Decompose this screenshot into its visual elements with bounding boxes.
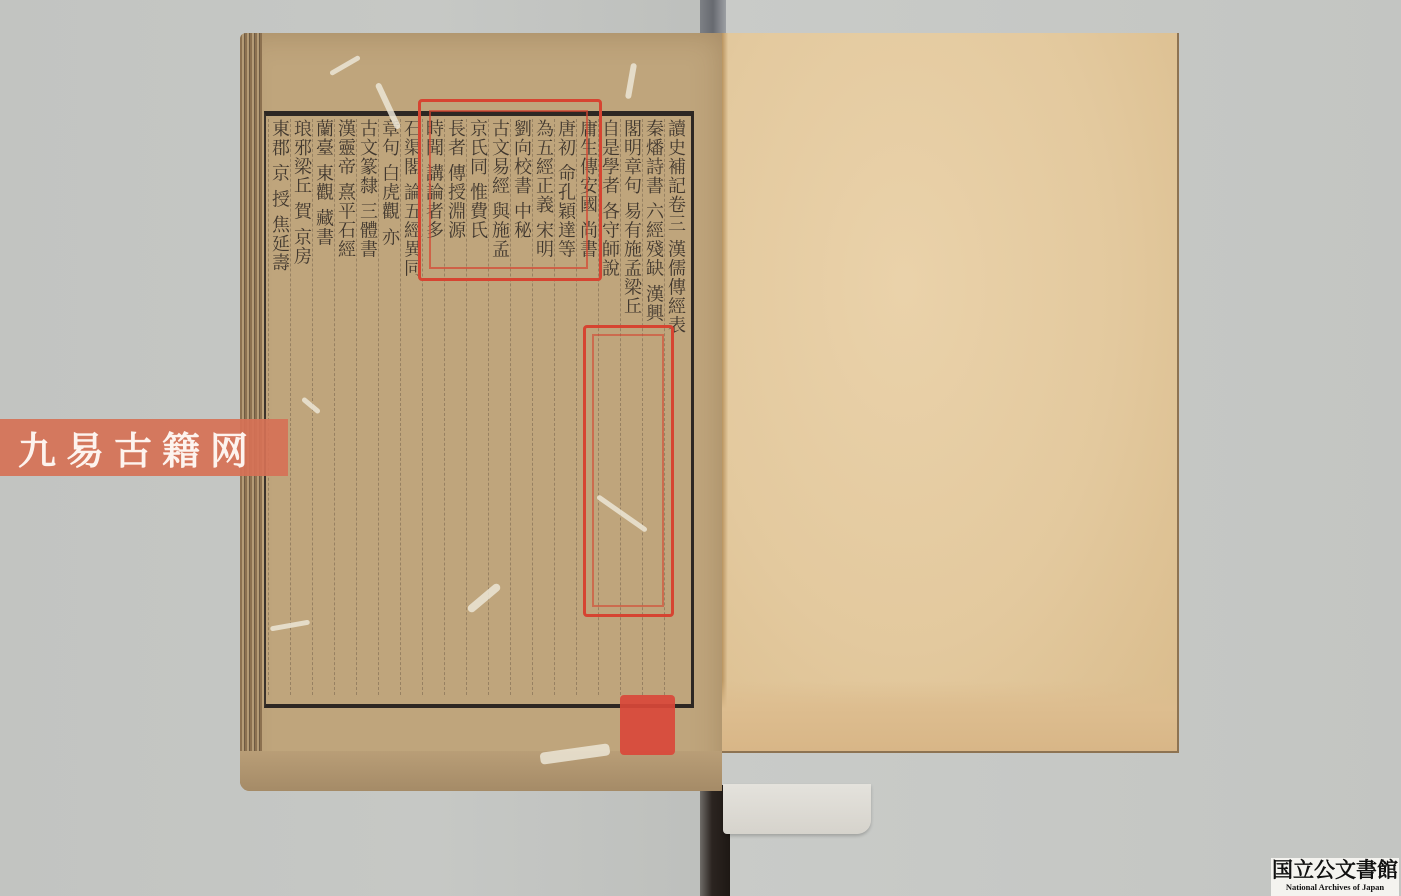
paper-damage: [625, 63, 637, 99]
red-seal-tall: [583, 325, 674, 617]
watermark-text: 九易古籍网: [18, 420, 258, 475]
text-column: 古文篆隸 三體書: [356, 119, 378, 695]
red-seal-large: [418, 99, 602, 281]
text-column: 章句 白虎觀 亦: [378, 119, 400, 695]
page-stack-edge: [240, 33, 262, 791]
text-column: 漢靈帝 熹平石經: [334, 119, 356, 695]
page-bottom-margin: [240, 751, 722, 791]
watermark-banner: 九易古籍网: [0, 419, 288, 476]
paper-damage: [329, 55, 361, 76]
left-page: 讀史補記卷三 漢儒傳經表 秦燔詩書 六經殘缺 漢興 閣明章句 易有施孟梁丘 自是…: [240, 33, 722, 791]
page-fold: [722, 33, 728, 751]
water-stain: [722, 681, 1177, 751]
paper-slip-tab: [723, 784, 871, 834]
archive-name-ja: 国立公文書館: [1271, 858, 1399, 882]
archive-name-en: National Archives of Japan: [1271, 882, 1399, 893]
red-seal-small: [620, 695, 675, 755]
text-column: 東郡 京 授 焦延壽: [268, 119, 290, 695]
archive-logo: 国立公文書館 National Archives of Japan: [1271, 858, 1399, 896]
right-page-blank: [722, 33, 1179, 753]
